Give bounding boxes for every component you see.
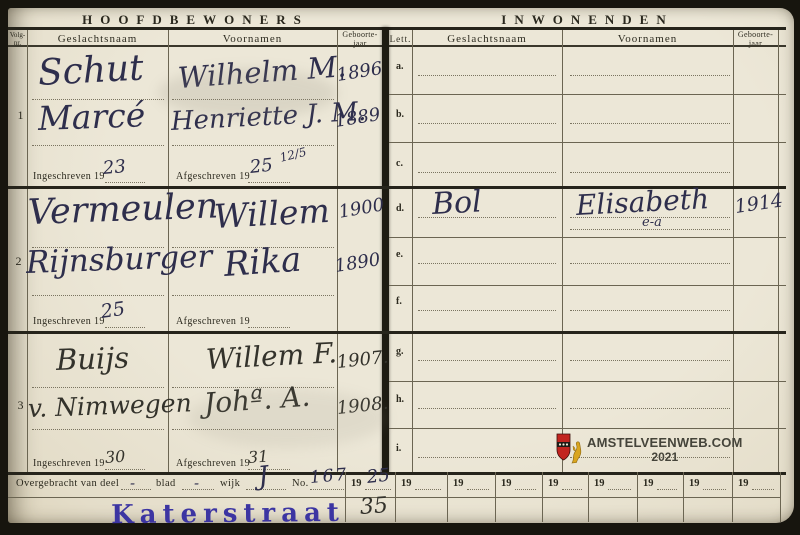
jaar-cell-label: 19 bbox=[689, 478, 700, 489]
deel-value: - bbox=[130, 476, 135, 491]
section-title-inwonenden: INWONENDEN bbox=[389, 12, 786, 28]
register-sheet: HOOFDBEWONERS INWONENDEN Volg- nr. Gesla… bbox=[8, 8, 794, 523]
geslachtsnaam-entry: Bol bbox=[431, 187, 482, 220]
volgnr: 2 bbox=[12, 254, 25, 269]
dotted-writing-line bbox=[415, 489, 441, 490]
grid-line bbox=[389, 237, 786, 238]
jaar-cell-label: 19 bbox=[594, 478, 605, 489]
jaar-cell-label: 19 bbox=[738, 478, 749, 489]
dotted-writing-line bbox=[570, 75, 730, 76]
watermark-text: AMSTELVEENWEB.COM 2021 bbox=[587, 436, 743, 465]
dotted-writing-line bbox=[418, 360, 556, 361]
afgeschreven-label: Afgeschreven 19 bbox=[176, 458, 250, 469]
watermark-site: AMSTELVEENWEB.COM bbox=[587, 436, 743, 451]
dotted-writing-line bbox=[703, 489, 726, 490]
grid-line bbox=[389, 285, 786, 286]
geslachtsnaam-entry: Buijs bbox=[55, 343, 129, 375]
lett-label: d. bbox=[396, 203, 404, 214]
dotted-writing-line bbox=[418, 123, 556, 124]
dotted-writing-line bbox=[608, 489, 631, 490]
geboortejaar-entry: 1914 bbox=[734, 191, 785, 217]
jaar-cell-label: 19 bbox=[643, 478, 654, 489]
dotted-writing-line bbox=[467, 489, 489, 490]
grid-line bbox=[8, 497, 780, 498]
grid-line bbox=[412, 30, 413, 472]
dotted-writing-line bbox=[32, 295, 164, 296]
voornamen-entry: Willem bbox=[213, 194, 330, 233]
column-header-voornamen-left: Voornamen bbox=[168, 33, 337, 45]
dotted-writing-line bbox=[418, 310, 556, 311]
geboortejaar-line2: jaar bbox=[733, 39, 778, 48]
ingeschreven-label: Ingeschreven 19 bbox=[33, 316, 105, 327]
dotted-writing-line bbox=[248, 469, 290, 470]
afgeschreven-jaar: 25 bbox=[249, 157, 274, 177]
grid-line bbox=[389, 142, 786, 143]
voornamen-entry: Willem F. bbox=[205, 339, 337, 374]
street-name-stamp: Katerstraat bbox=[98, 498, 358, 531]
geslachtsnaam-entry: Schut bbox=[37, 50, 144, 91]
jaar-value: 25 bbox=[366, 467, 391, 487]
grid-line bbox=[8, 472, 786, 475]
dotted-writing-line bbox=[121, 489, 151, 490]
grid-line bbox=[8, 27, 383, 30]
jaar-cell-label: 19 bbox=[548, 478, 559, 489]
geboortejaar-line1: Geboorte- bbox=[337, 30, 383, 39]
grid-line bbox=[733, 30, 734, 472]
lett-label: g. bbox=[396, 346, 404, 357]
volgnr: 3 bbox=[14, 398, 27, 413]
dotted-writing-line bbox=[310, 489, 344, 490]
dotted-writing-line bbox=[105, 182, 145, 183]
grid-line bbox=[8, 45, 383, 47]
dotted-writing-line bbox=[570, 123, 730, 124]
dotted-writing-line bbox=[570, 172, 730, 173]
overgebracht-label: Overgebracht van deel bbox=[16, 478, 119, 489]
grid-line bbox=[562, 30, 563, 472]
column-header-volgnr-line1: Volg- bbox=[8, 31, 27, 39]
dotted-writing-line bbox=[418, 172, 556, 173]
house-number: 35 bbox=[359, 495, 388, 519]
dotted-writing-line bbox=[657, 489, 677, 490]
ingeschreven-jaar: 25 bbox=[100, 300, 127, 322]
lett-label: b. bbox=[396, 109, 404, 120]
grid-line bbox=[389, 45, 786, 47]
lett-label: e. bbox=[396, 249, 403, 260]
blad-value: - bbox=[194, 476, 199, 491]
watermark: AMSTELVEENWEB.COM 2021 bbox=[556, 429, 786, 471]
lett-label: f. bbox=[396, 296, 402, 307]
dotted-writing-line bbox=[32, 429, 164, 430]
watermark-year: 2021 bbox=[587, 451, 743, 465]
afgeschreven-label: Afgeschreven 19 bbox=[176, 316, 250, 327]
no-value: 167 bbox=[309, 467, 349, 487]
jaar-cell-label: 19 bbox=[453, 478, 464, 489]
column-header-geslachtsnaam-right: Geslachtsnaam bbox=[412, 33, 562, 45]
geslachtsnaam-entry: Vermeulen bbox=[27, 189, 219, 231]
dotted-writing-line bbox=[570, 310, 730, 311]
grid-line bbox=[8, 331, 786, 334]
dotted-writing-line bbox=[105, 327, 145, 328]
dotted-writing-line bbox=[32, 145, 164, 146]
geboortejaar-line1: Geboorte- bbox=[733, 30, 778, 39]
geboortejaar-entry: 1900 bbox=[337, 196, 385, 222]
dotted-writing-line bbox=[105, 469, 145, 470]
dotted-writing-line bbox=[570, 408, 730, 409]
grid-line bbox=[389, 381, 786, 382]
dotted-writing-line bbox=[752, 489, 774, 490]
afgeschreven-label: Afgeschreven 19 bbox=[176, 171, 250, 182]
blad-label: blad bbox=[156, 478, 176, 489]
grid-line bbox=[389, 27, 786, 30]
grid-line bbox=[389, 94, 786, 95]
wijk-label: wijk bbox=[220, 478, 240, 489]
dotted-writing-line bbox=[570, 263, 730, 264]
geslachtsnaam-entry: Marcé bbox=[37, 98, 145, 135]
dotted-writing-line bbox=[32, 387, 164, 388]
lett-label: c. bbox=[396, 158, 403, 169]
lett-label: a. bbox=[396, 61, 404, 72]
dotted-writing-line bbox=[418, 457, 556, 458]
jaar-cell-label: 19 bbox=[501, 478, 512, 489]
volgnr: 1 bbox=[14, 108, 27, 123]
lett-label: h. bbox=[396, 394, 404, 405]
dotted-writing-line bbox=[418, 263, 556, 264]
ingeschreven-label: Ingeschreven 19 bbox=[33, 458, 105, 469]
voornamen-entry: Rika bbox=[223, 243, 303, 282]
geboortejaar-entry: 1890 bbox=[334, 251, 382, 276]
geslachtsnaam-entry: v. Nimwegen bbox=[28, 390, 193, 421]
amstelveen-coat-of-arms-icon bbox=[556, 433, 582, 467]
geslachtsnaam-entry: Rijnsburger bbox=[25, 242, 212, 279]
column-header-lett: Lett. bbox=[389, 34, 412, 44]
dotted-writing-line bbox=[172, 295, 334, 296]
dotted-writing-line bbox=[515, 489, 536, 490]
dotted-writing-line bbox=[172, 429, 334, 430]
dotted-writing-line bbox=[172, 145, 334, 146]
lett-label: i. bbox=[396, 443, 401, 454]
dotted-writing-line bbox=[570, 360, 730, 361]
voornamen-note: e-a bbox=[642, 216, 662, 229]
geboortejaar-line2: jaar bbox=[337, 39, 383, 48]
column-header-voornamen-right: Voornamen bbox=[562, 33, 733, 45]
geboortejaar-entry: 1889 bbox=[334, 106, 382, 131]
jaar-prefix: 19 bbox=[351, 478, 362, 489]
voornamen-entry: Wilhelm M. bbox=[177, 52, 347, 93]
grid-line bbox=[778, 30, 779, 472]
scanned-register-photo: { "page": { "left_section_title": "HOOFD… bbox=[0, 0, 800, 535]
wijk-value: J bbox=[257, 463, 270, 490]
dotted-writing-line bbox=[365, 489, 391, 490]
grid-line bbox=[780, 472, 781, 522]
dotted-writing-line bbox=[562, 489, 582, 490]
section-title-hoofdbewoners: HOOFDBEWONERS bbox=[8, 12, 383, 28]
dotted-writing-line bbox=[418, 75, 556, 76]
no-label: No. bbox=[292, 478, 309, 489]
geboortejaar-entry: 1896 bbox=[336, 60, 384, 85]
dotted-writing-line bbox=[248, 182, 290, 183]
ingeschreven-label: Ingeschreven 19 bbox=[33, 171, 105, 182]
voornamen-entry: Johª. A. bbox=[203, 383, 311, 418]
afgeschreven-datum: 12/5 bbox=[279, 146, 308, 164]
jaar-cell-label: 19 bbox=[401, 478, 412, 489]
column-header-geslachtsnaam-left: Geslachtsnaam bbox=[27, 33, 168, 45]
dotted-writing-line bbox=[248, 327, 290, 328]
dotted-writing-line bbox=[418, 408, 556, 409]
ingeschreven-jaar: 30 bbox=[104, 449, 125, 466]
ingeschreven-jaar: 23 bbox=[102, 158, 126, 178]
